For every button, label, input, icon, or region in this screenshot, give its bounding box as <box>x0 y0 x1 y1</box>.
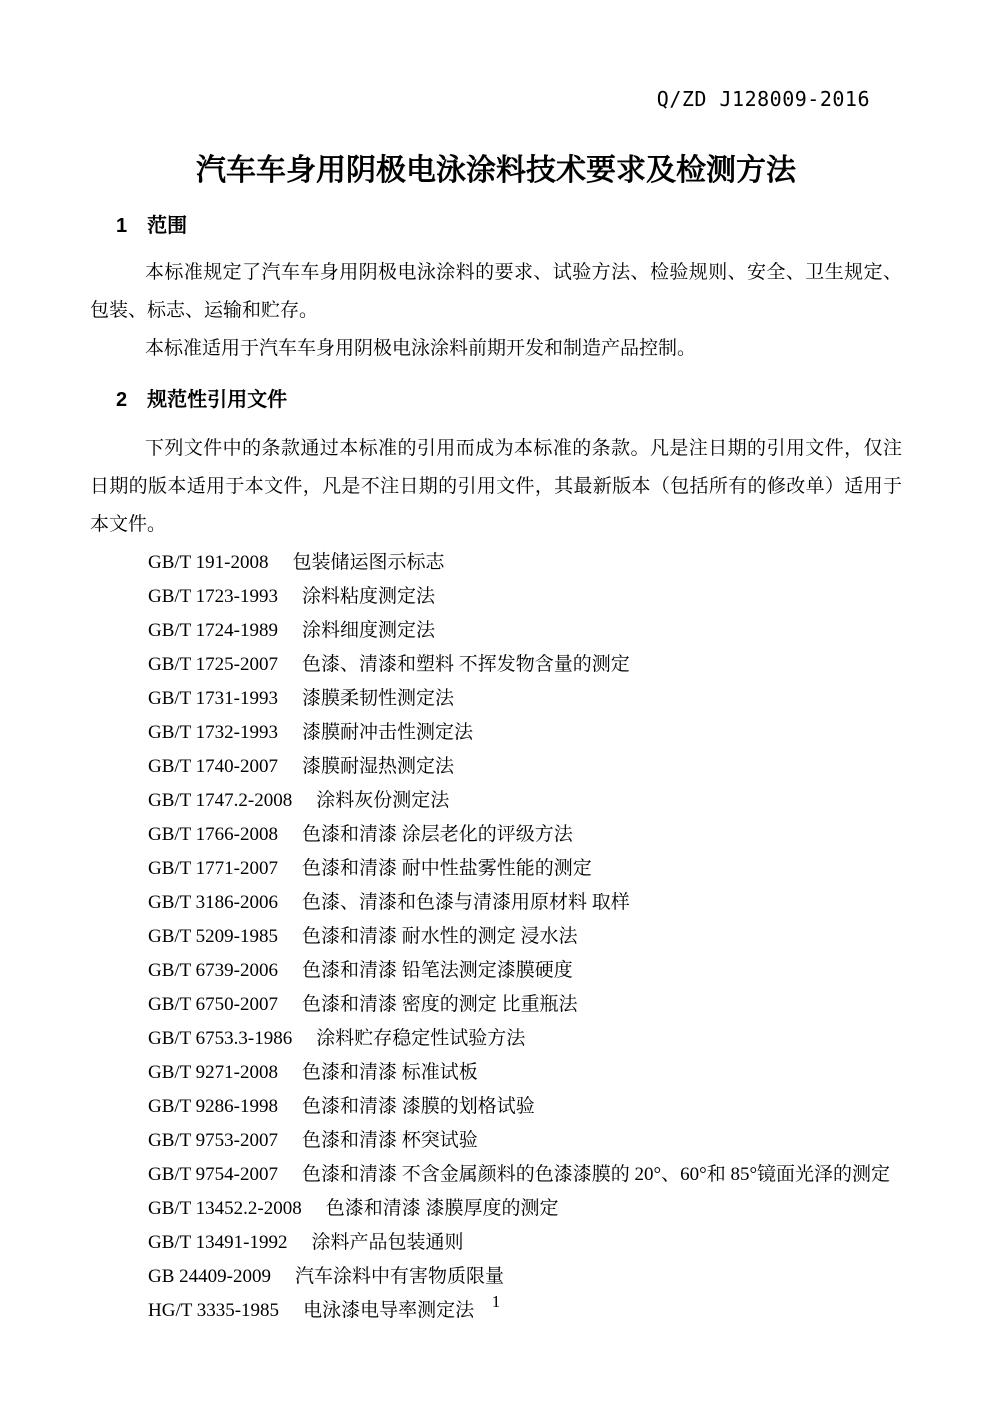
reference-title: 色漆和清漆 耐中性盐雾性能的测定 <box>302 852 592 886</box>
reference-code: GB/T 6739-2006 <box>148 954 278 988</box>
standard-code: Q/ZD J128009-2016 <box>0 0 992 110</box>
reference-list: GB/T 191-2008包装储运图示标志GB/T 1723-1993涂料粘度测… <box>90 546 902 1328</box>
reference-title: 涂料细度测定法 <box>302 614 435 648</box>
section-2-number: 2 <box>116 388 127 412</box>
document-body: 1范围 本标准规定了汽车车身用阴极电泳涂料的要求、试验方法、检验规则、安全、卫生… <box>90 214 902 1328</box>
reference-code: GB/T 1724-1989 <box>148 614 278 648</box>
section-1-number: 1 <box>116 214 127 238</box>
reference-code: GB/T 6753.3-1986 <box>148 1022 292 1056</box>
reference-item: GB/T 9271-2008色漆和清漆 标准试板 <box>90 1056 902 1090</box>
document-page: Q/ZD J128009-2016 汽车车身用阴极电泳涂料技术要求及检测方法 1… <box>0 0 992 1403</box>
reference-code: GB/T 1747.2-2008 <box>148 784 292 818</box>
section-1-title: 范围 <box>147 215 187 237</box>
reference-title: 色漆和清漆 耐水性的测定 浸水法 <box>302 920 578 954</box>
reference-code: GB/T 13452.2-2008 <box>148 1192 302 1226</box>
reference-title: 涂料贮存稳定性试验方法 <box>316 1022 525 1056</box>
reference-title: 色漆、清漆和塑料 不挥发物含量的测定 <box>302 648 630 682</box>
page-number: 1 <box>0 1292 992 1312</box>
reference-title: 包装储运图示标志 <box>293 546 445 580</box>
reference-title: 色漆和清漆 标准试板 <box>302 1056 478 1090</box>
reference-item: GB/T 9286-1998色漆和清漆 漆膜的划格试验 <box>90 1090 902 1124</box>
reference-item: GB/T 191-2008包装储运图示标志 <box>90 546 902 580</box>
reference-code: GB/T 1731-1993 <box>148 682 278 716</box>
section-2-heading: 2规范性引用文件 <box>90 388 902 412</box>
reference-code: GB/T 1740-2007 <box>148 750 278 784</box>
reference-item: GB/T 9753-2007色漆和清漆 杯突试验 <box>90 1124 902 1158</box>
reference-title: 汽车涂料中有害物质限量 <box>295 1260 504 1294</box>
reference-item: GB/T 1723-1993涂料粘度测定法 <box>90 580 902 614</box>
reference-title: 涂料灰份测定法 <box>316 784 449 818</box>
reference-title: 色漆和清漆 涂层老化的评级方法 <box>302 818 573 852</box>
reference-title: 色漆和清漆 不含金属颜料的色漆漆膜的 20°、60°和 85°镜面光泽的测定 <box>302 1158 890 1192</box>
reference-code: GB/T 1725-2007 <box>148 648 278 682</box>
reference-item: GB/T 13452.2-2008色漆和清漆 漆膜厚度的测定 <box>90 1192 902 1226</box>
reference-item: GB/T 9754-2007色漆和清漆 不含金属颜料的色漆漆膜的 20°、60°… <box>90 1158 902 1192</box>
reference-item: GB/T 6753.3-1986涂料贮存稳定性试验方法 <box>90 1022 902 1056</box>
reference-item: GB/T 1725-2007色漆、清漆和塑料 不挥发物含量的测定 <box>90 648 902 682</box>
reference-title: 色漆和清漆 密度的测定 比重瓶法 <box>302 988 578 1022</box>
reference-title: 色漆和清漆 铅笔法测定漆膜硬度 <box>302 954 573 988</box>
reference-code: GB/T 9753-2007 <box>148 1124 278 1158</box>
reference-title: 漆膜耐冲击性测定法 <box>302 716 473 750</box>
reference-code: GB/T 1723-1993 <box>148 580 278 614</box>
reference-code: GB/T 9286-1998 <box>148 1090 278 1124</box>
reference-title: 色漆、清漆和色漆与清漆用原材料 取样 <box>302 886 630 920</box>
reference-item: GB/T 1732-1993漆膜耐冲击性测定法 <box>90 716 902 750</box>
reference-code: GB/T 5209-1985 <box>148 920 278 954</box>
reference-code: GB/T 3186-2006 <box>148 886 278 920</box>
reference-code: GB/T 191-2008 <box>148 546 269 580</box>
reference-item: GB/T 13491-1992涂料产品包装通则 <box>90 1226 902 1260</box>
section-1-heading: 1范围 <box>90 214 902 238</box>
reference-code: GB/T 13491-1992 <box>148 1226 288 1260</box>
reference-item: GB/T 1731-1993漆膜柔韧性测定法 <box>90 682 902 716</box>
reference-item: GB 24409-2009汽车涂料中有害物质限量 <box>90 1260 902 1294</box>
section-1-paragraph-2: 本标准适用于汽车车身用阴极电泳涂料前期开发和制造产品控制。 <box>90 330 902 368</box>
reference-code: GB/T 9271-2008 <box>148 1056 278 1090</box>
section-1-paragraph-1: 本标准规定了汽车车身用阴极电泳涂料的要求、试验方法、检验规则、安全、卫生规定、包… <box>90 254 902 330</box>
reference-item: GB/T 1747.2-2008涂料灰份测定法 <box>90 784 902 818</box>
document-title: 汽车车身用阴极电泳涂料技术要求及检测方法 <box>90 152 902 190</box>
reference-item: GB/T 3186-2006色漆、清漆和色漆与清漆用原材料 取样 <box>90 886 902 920</box>
reference-title: 涂料产品包装通则 <box>312 1226 464 1260</box>
section-2-title: 规范性引用文件 <box>147 389 287 411</box>
reference-code: GB/T 9754-2007 <box>148 1158 278 1192</box>
reference-item: GB/T 1766-2008色漆和清漆 涂层老化的评级方法 <box>90 818 902 852</box>
reference-code: GB/T 1732-1993 <box>148 716 278 750</box>
reference-title: 漆膜耐湿热测定法 <box>302 750 454 784</box>
reference-code: GB 24409-2009 <box>148 1260 271 1294</box>
reference-item: GB/T 6739-2006色漆和清漆 铅笔法测定漆膜硬度 <box>90 954 902 988</box>
reference-item: GB/T 5209-1985色漆和清漆 耐水性的测定 浸水法 <box>90 920 902 954</box>
reference-item: GB/T 6750-2007色漆和清漆 密度的测定 比重瓶法 <box>90 988 902 1022</box>
reference-code: GB/T 1771-2007 <box>148 852 278 886</box>
reference-item: GB/T 1724-1989涂料细度测定法 <box>90 614 902 648</box>
reference-code: GB/T 1766-2008 <box>148 818 278 852</box>
reference-title: 色漆和清漆 漆膜厚度的测定 <box>326 1192 559 1226</box>
reference-code: GB/T 6750-2007 <box>148 988 278 1022</box>
reference-title: 漆膜柔韧性测定法 <box>302 682 454 716</box>
section-2-intro-paragraph: 下列文件中的条款通过本标准的引用而成为本标准的条款。凡是注日期的引用文件，仅注日… <box>90 430 902 544</box>
reference-title: 涂料粘度测定法 <box>302 580 435 614</box>
reference-item: GB/T 1771-2007色漆和清漆 耐中性盐雾性能的测定 <box>90 852 902 886</box>
reference-item: GB/T 1740-2007漆膜耐湿热测定法 <box>90 750 902 784</box>
reference-title: 色漆和清漆 漆膜的划格试验 <box>302 1090 535 1124</box>
reference-title: 色漆和清漆 杯突试验 <box>302 1124 478 1158</box>
